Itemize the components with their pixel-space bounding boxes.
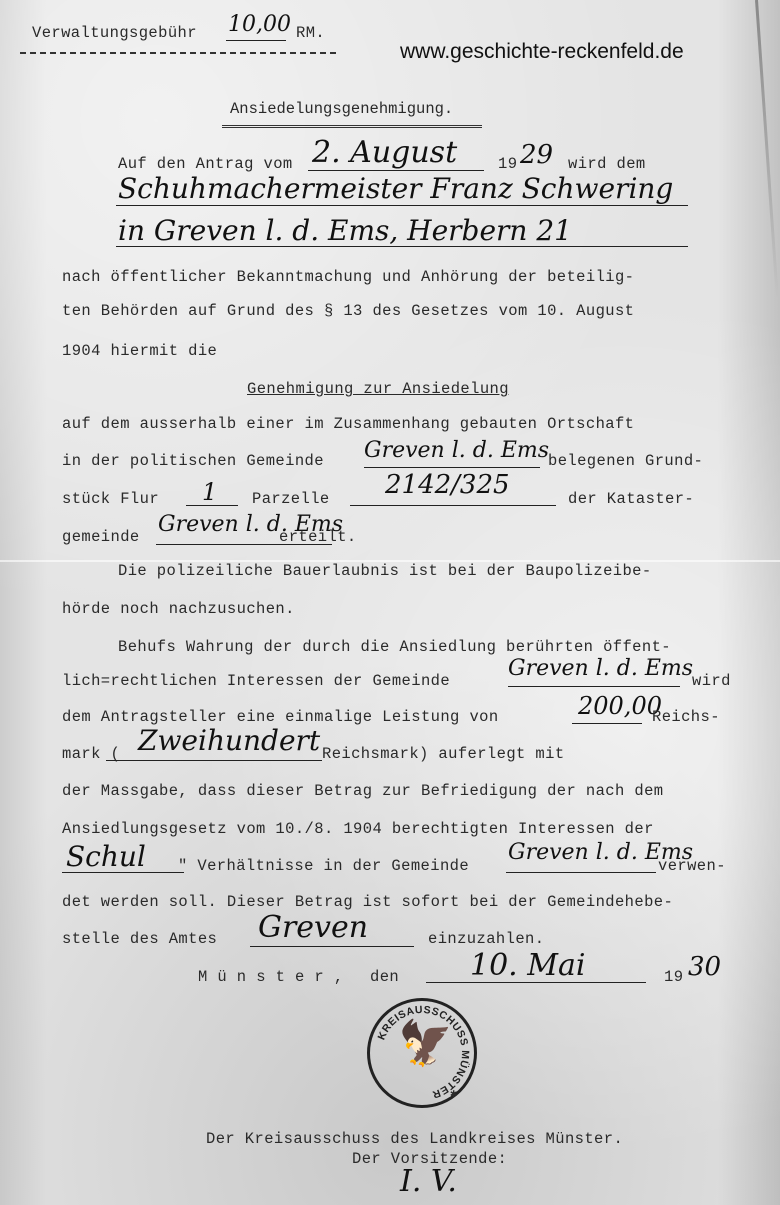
body-line-1: nach öffentlicher Bekanntmachung und Anh… — [62, 268, 634, 286]
payment-line-5: der Massgabe, dass dieser Betrag zur Bef… — [62, 782, 664, 800]
payment-line-8: det werden soll. Dieser Betrag ist sofor… — [62, 893, 673, 911]
payment-amount: 200,00 — [578, 692, 662, 720]
payment-municipality: Greven l. d. Ems — [508, 656, 693, 681]
payment-line-2-prefix: lich=rechtlichen Interessen der Gemeinde — [62, 672, 450, 690]
grant-line-4-suffix: erteilt. — [279, 528, 357, 546]
grant-line-1: auf dem ausserhalb einer im Zusammenhang… — [62, 415, 634, 433]
document-title: Ansiedelungsgenehmigung. — [230, 100, 453, 118]
grant-line-3-prefix: stück Flur — [62, 490, 159, 508]
application-year: 29 — [520, 140, 553, 170]
applicant-address: in Greven l. d. Ems, Herbern 21 — [118, 214, 572, 247]
payment-office-rule — [250, 946, 414, 947]
dateline-date: 10. Mai — [470, 948, 585, 983]
payment-office: Greven — [258, 910, 368, 945]
dateline-place: M ü n s t e r , — [198, 968, 344, 986]
payment-line-1: Behufs Wahrung der durch die Ansiedlung … — [118, 638, 671, 656]
eagle-icon: 🦅 — [398, 1025, 453, 1069]
header-dash-rule — [20, 52, 336, 54]
fee-amount: 10,00 — [228, 12, 291, 37]
official-seal: KREISAUSSCHUSS MÜNSTER 🦅 ✱ — [367, 998, 477, 1108]
payment-words-rule — [106, 760, 322, 761]
fee-unit: RM. — [296, 24, 325, 42]
watermark-url: www.geschichte-reckenfeld.de — [400, 40, 684, 64]
payment-amount-words: Zweihundert — [138, 724, 320, 757]
parcel-number: 2142/325 — [385, 470, 510, 500]
parcel-label: Parzelle — [252, 490, 330, 508]
grant-line-2-prefix: in der politischen Gemeinde — [62, 452, 324, 470]
subtitle: Genehmigung zur Ansiedelung — [247, 380, 509, 398]
payment-line-3-suffix: Reichs- — [652, 708, 720, 726]
applicant-line2-rule — [116, 246, 688, 247]
grant-municipality: Greven l. d. Ems — [364, 438, 549, 463]
application-year-prefix: 19 — [498, 155, 517, 173]
application-date-underline — [308, 170, 484, 171]
flur-number: 1 — [202, 478, 217, 506]
parcel-rule — [350, 505, 556, 506]
payment-line-9-prefix: stelle des Amtes — [62, 930, 217, 948]
grant-municipality-rule — [364, 467, 540, 468]
title-double-rule — [222, 125, 482, 128]
payment-line-2-suffix: wird — [692, 672, 731, 690]
grant-line-4-prefix: gemeinde — [62, 528, 140, 546]
payment-amount-rule — [572, 723, 642, 724]
fee-label: Verwaltungsgebühr — [32, 24, 197, 42]
payment-line-9-suffix: einzuzahlen. — [428, 930, 544, 948]
payment-line-7-suffix: verwen- — [658, 857, 726, 875]
dateline-year: 30 — [688, 952, 721, 982]
body-line-2: ten Behörden auf Grund des § 13 des Gese… — [62, 302, 634, 320]
payment-line-7-mid: " Verhältnisse in der Gemeinde — [178, 857, 469, 875]
application-prefix: Auf den Antrag vom — [118, 155, 293, 173]
fee-underline — [226, 40, 286, 41]
dateline-den: den — [370, 968, 399, 986]
dateline-date-rule — [426, 982, 646, 983]
police-line-2: hörde noch nachzusuchen. — [62, 600, 295, 618]
signature: I. V. — [400, 1164, 457, 1199]
grant-line-3-suffix: der Kataster- — [568, 490, 694, 508]
star-icon: ✱ — [450, 1086, 457, 1101]
police-line-1: Die polizeiliche Bauerlaubnis ist bei de… — [118, 562, 652, 580]
application-date: 2. August — [312, 135, 457, 170]
body-line-3: 1904 hiermit die — [62, 342, 217, 360]
payment-purpose: Schul — [66, 840, 146, 873]
signature-authority: Der Kreisausschuss des Landkreises Münst… — [206, 1130, 623, 1148]
applicant-line1-rule — [116, 205, 688, 206]
payment-line-6: Ansiedlungsgesetz vom 10./8. 1904 berech… — [62, 820, 654, 838]
paper-fold-mark — [755, 0, 779, 299]
payment-purpose-rule — [62, 872, 184, 873]
flur-rule — [186, 505, 238, 506]
payment-line-4-suffix: Reichsmark) auferlegt mit — [322, 745, 565, 763]
grant-line-2-suffix: belegenen Grund- — [548, 452, 703, 470]
application-suffix: wird dem — [568, 155, 646, 173]
applicant-name: Schuhmachermeister Franz Schwering — [118, 172, 673, 205]
payment-municipality-2-rule — [506, 872, 656, 873]
payment-municipality-rule — [508, 686, 680, 687]
dateline-year-prefix: 19 — [664, 968, 683, 986]
